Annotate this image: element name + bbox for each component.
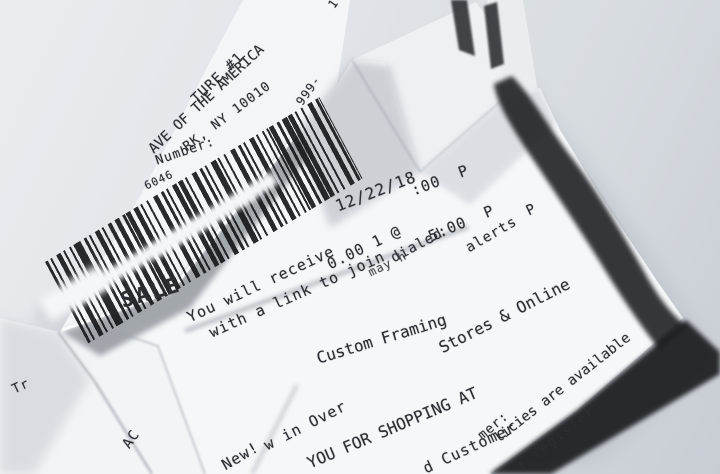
crumpled-receipt-photo: TURE #1 AVE OF THE AMERICA RK, NY 10010 … <box>0 0 720 474</box>
